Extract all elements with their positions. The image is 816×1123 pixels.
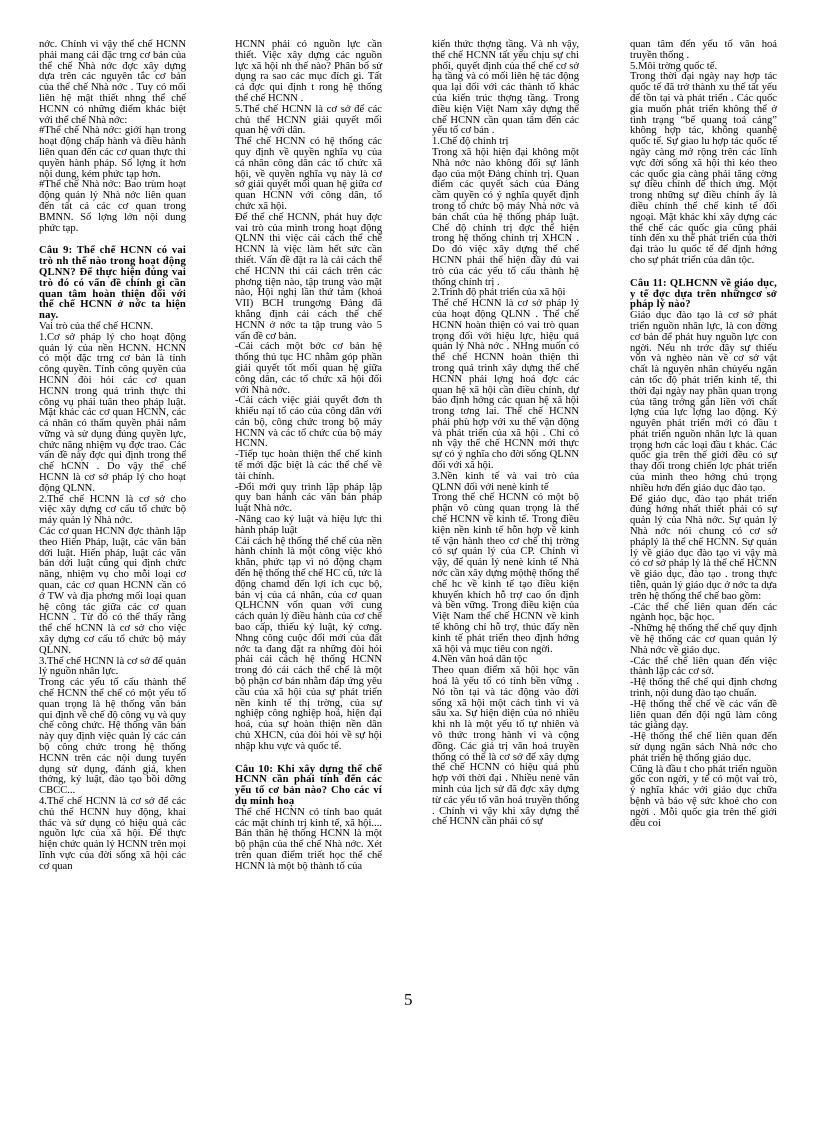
paragraph: nớc. Chính vì vậy thể chế HCNN phải mang… [39,40,186,126]
paragraph: -Tiếp tục hoàn thiện thể chế kinh tế mới… [235,450,382,482]
question-heading-9: Câu 9: Thể chế HCNN có vai trò nh thế nà… [39,246,186,322]
paragraph: -Hệ thống thể chế liên quan đến sử dụng … [630,732,777,764]
paragraph: 3.Nền kinh tế và vai trò của QLNN đối vớ… [432,472,579,494]
paragraph: -Nâng cao kỷ luật và hiệu lực thi hành p… [235,515,382,537]
paragraph: -Đổi mới quy trình lập pháp lập quy ban … [235,483,382,515]
paragraph: -Cải cách việc giải quyết đơn th khiếu n… [235,396,382,450]
paragraph: Theo quan điểm xã hội học văn hoá là yếu… [432,666,579,828]
paragraph: 2.Thể chế HCNN là cơ sở cho việc xây dựn… [39,495,186,527]
paragraph: #Thể chế Nhà nớc: giới hạn trong hoạt độ… [39,126,186,180]
paragraph: Trong các yếu tố cấu thành thể chế HCNN … [39,678,186,797]
question-heading-10: Câu 10: Khi xây dựng thể chế HCNN cần ph… [235,765,382,808]
paragraph: Để thể chế HCNN, phát huy đợc vai trò củ… [235,213,382,343]
paragraph: Thể chế HCNN là cơ sở pháp lý của hoạt đ… [432,299,579,472]
paragraph: Thể chế HCNN có tính bao quát các mặt ch… [235,808,382,873]
paragraph: Trong thời đại ngày nay hợp tác quốc tế … [630,72,777,266]
paragraph: -Cải cách một bớc cơ bản hệ thống thủ tụ… [235,342,382,396]
paragraph: -Những hệ thống thể chế quy định về hệ t… [630,624,777,656]
paragraph: -Hệ thống thể chế qui định chơng trình, … [630,678,777,700]
paragraph: 4.Thể chế HCNN là cơ sở để các chủ thể H… [39,797,186,873]
paragraph: 3.Thể chế HCNN là cơ sở để quản lý nguồn… [39,657,186,679]
text-column-3: kiến thức thợng tầng. Và nh vậy, thể chế… [432,40,579,828]
paragraph: #Thể chế Nhà nớc: Bao trùm hoạt động quả… [39,180,186,234]
paragraph: Cũng là đầu t cho phát triển nguồn gốc c… [630,765,777,830]
text-column-1: nớc. Chính vì vậy thể chế HCNN phải mang… [39,40,186,873]
paragraph: HCNN phải có nguồn lực cần thiết. Việc x… [235,40,382,105]
paragraph: -Các thể chế liên quan đến việc thành lậ… [630,657,777,679]
paragraph: Trong xã hội hiện đại không một Nhà nớc … [432,148,579,288]
paragraph: Thể chế HCNN có hệ thống các quy định về… [235,137,382,213]
paragraph: Các cơ quan HCNN đợc thành lập theo Hiến… [39,527,186,657]
paragraph: Giáo dục đào tạo là cơ sở phát triển ngu… [630,311,777,495]
page-number: 5 [404,990,413,1010]
paragraph: Cải cách hệ thống thể chế của nền hành c… [235,537,382,753]
paragraph: -Hệ thống thể chế về các vấn đề liên qua… [630,700,777,732]
paragraph: Trong thể chế HCNN có một bộ phận vô cùn… [432,493,579,655]
paragraph: -Các thể chế liên quan đến các ngành học… [630,603,777,625]
paragraph: 1.Cơ sở pháp lý cho hoạt động quản lý củ… [39,333,186,495]
question-heading-11: Câu 11: QLHCNN về giáo dục, y tế đợc dựa… [630,279,777,311]
paragraph: kiến thức thợng tầng. Và nh vậy, thể chế… [432,40,579,137]
text-column-4: quan tâm đến yếu tố văn hoá truyền thống… [630,40,777,829]
paragraph: quan tâm đến yếu tố văn hoá truyền thống… [630,40,777,62]
paragraph: Để giáo dục, đào tạo phát triển đúng hớn… [630,495,777,603]
text-column-2: HCNN phải có nguồn lực cần thiết. Việc x… [235,40,382,873]
paragraph: 5.Thể chế HCNN là cơ sở để các chủ thể H… [235,105,382,137]
